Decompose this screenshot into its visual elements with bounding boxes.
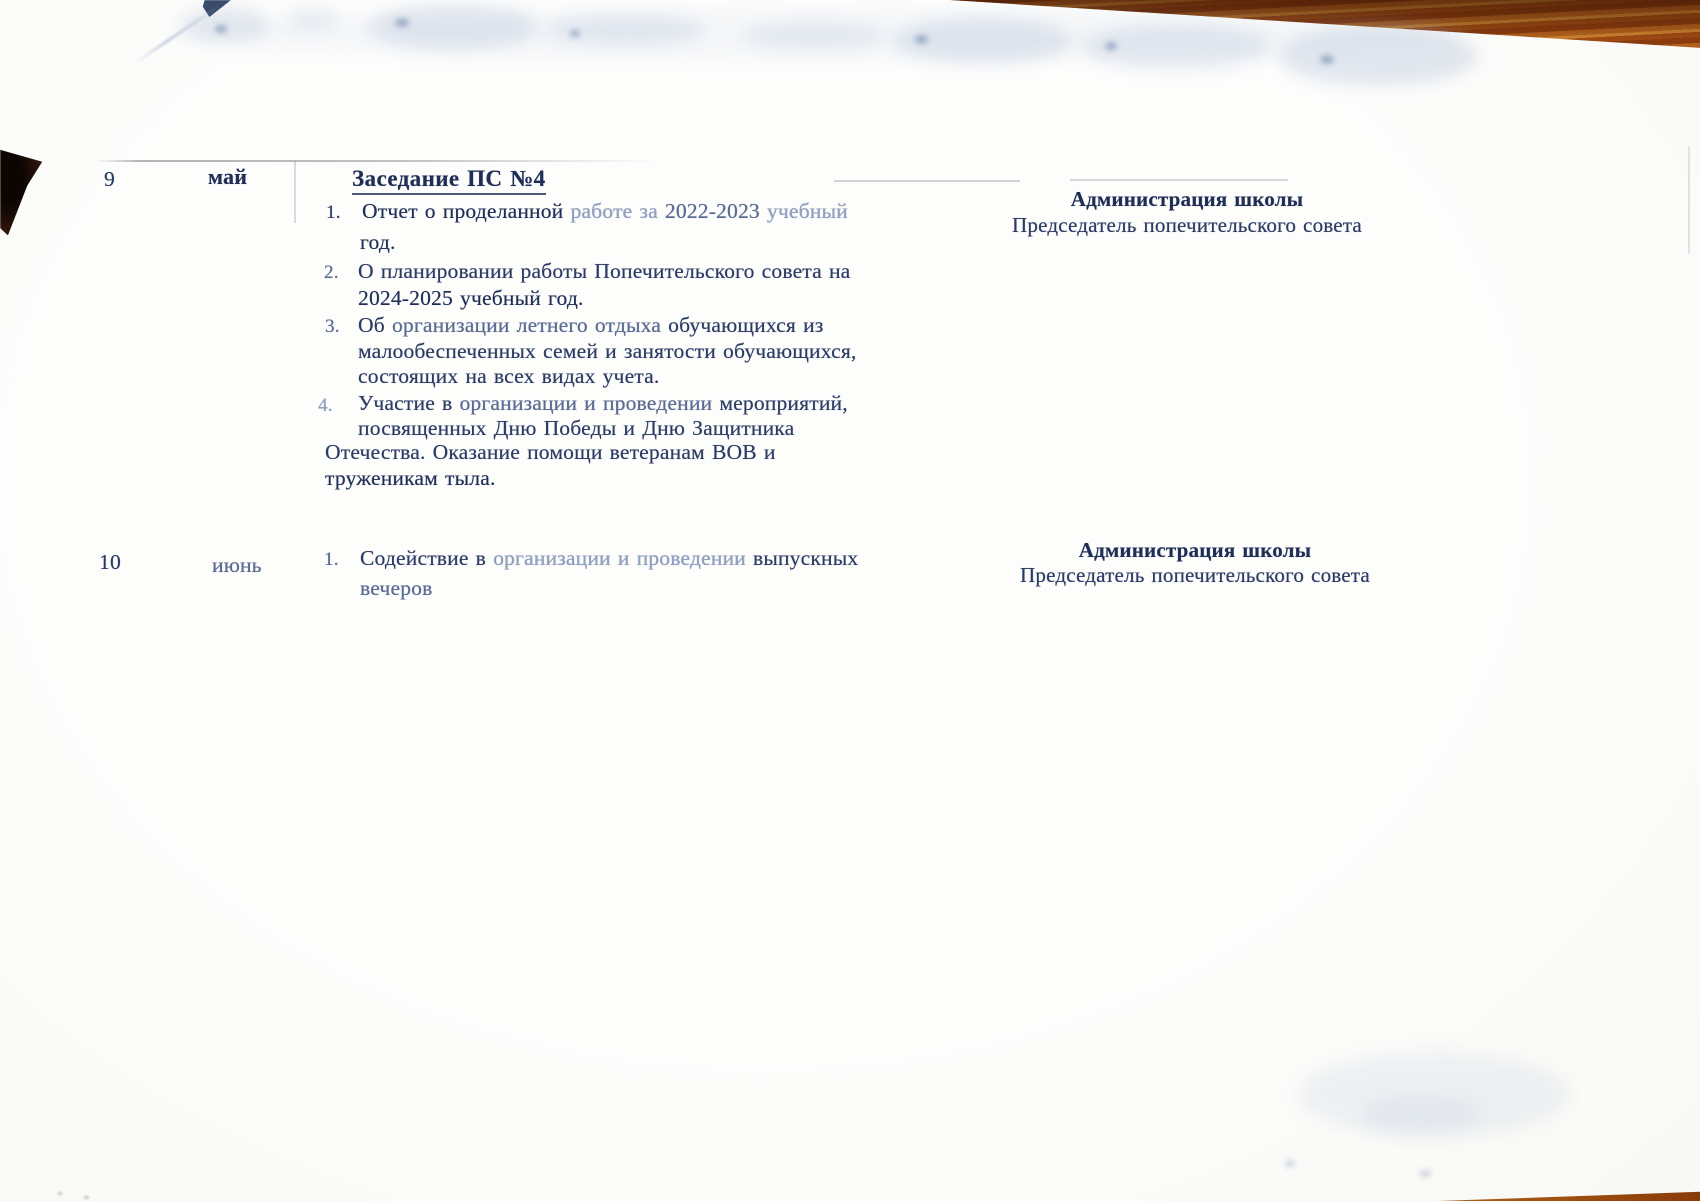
- row10-item1-line1: Содействие в организации и проведении вы…: [360, 545, 858, 571]
- row9-item3-line2: малообеспеченных семей и занятости обуча…: [358, 338, 857, 364]
- row9-item4-line2: посвященных Дню Победы и Дню Защитника: [358, 415, 794, 441]
- ink-bleed-fleck: [570, 30, 580, 37]
- table-gridline-vertical-right: [1688, 146, 1690, 254]
- ink-bleed-fleck: [395, 18, 409, 27]
- ink-bleed-smudge: [285, 8, 340, 30]
- row9-item1-line1: Отчет о проделанной работе за 2022-2023 …: [362, 198, 848, 224]
- row9-heading: Заседание ПС №4: [352, 166, 546, 195]
- row-number: 9: [104, 167, 115, 191]
- table-gridline-vertical: [294, 161, 296, 223]
- scanned-document-page: 9 май Заседание ПС №4 1. Отчет о продела…: [0, 0, 1700, 1201]
- row9-number-cell: 9: [104, 166, 115, 192]
- ink-bleed-fleck: [1105, 42, 1117, 50]
- meeting-heading: Заседание ПС №4: [352, 166, 546, 195]
- row-number: 10: [99, 550, 121, 574]
- row9-item2-number: 2.: [324, 260, 339, 286]
- row9-month-cell: май: [208, 164, 247, 190]
- row9-item4-line1: Участие в организации и проведении мероп…: [358, 390, 848, 416]
- ink-bleed-smudge: [742, 22, 887, 50]
- paper-speck: [84, 1196, 89, 1199]
- row9-item3-line3: состоящих на всех видах учета.: [358, 363, 659, 389]
- row9-responsible-line2: Председатель попечительского совета: [982, 212, 1392, 238]
- ink-bleed-smudge: [368, 4, 538, 50]
- ink-bleed-fleck: [1320, 55, 1334, 64]
- ink-bleed-smudge: [545, 14, 705, 46]
- row9-item1-line2: год.: [360, 229, 396, 255]
- month-label: май: [208, 164, 247, 189]
- row10-item1-number: 1.: [324, 547, 339, 573]
- table-wood-bottom-right: [1438, 1191, 1700, 1201]
- row10-responsible-line1: Администрация школы: [990, 537, 1400, 563]
- ink-bleed-fleck: [215, 25, 227, 33]
- row10-responsible-line2: Председатель попечительского совета: [990, 562, 1400, 588]
- ink-bleed-fleck: [1420, 1170, 1431, 1177]
- row10-item1-line2: вечеров: [360, 575, 432, 601]
- row9-item2-line2: 2024-2025 учебный год.: [358, 285, 584, 311]
- row9-responsible-line1: Администрация школы: [982, 186, 1392, 212]
- row9-item2-line1: О планировании работы Попечительского со…: [358, 258, 850, 284]
- table-gridline-row9-top-left: [95, 160, 660, 162]
- ink-bleed-fleck: [1285, 1160, 1295, 1167]
- row9-item4-line3: Отечества. Оказание помощи ветеранам ВОВ…: [325, 439, 776, 465]
- row9-item4-line4: труженикам тыла.: [325, 465, 496, 491]
- ink-bleed-smudge: [1360, 1095, 1480, 1135]
- row9-item3-number: 3.: [325, 314, 340, 340]
- row9-item3-line1: Об организации летнего отдыха обучающихс…: [358, 312, 823, 338]
- row9-item1-number: 1.: [326, 200, 341, 226]
- row9-item4-number: 4.: [318, 393, 333, 419]
- row10-month-cell: июнь: [212, 552, 262, 578]
- left-edge-shadow-wedge: [0, 147, 44, 239]
- row10-number-cell: 10: [99, 549, 121, 575]
- month-label: июнь: [212, 553, 262, 577]
- table-gridline-row9-top-right: [1070, 179, 1288, 181]
- ink-bleed-smudge: [1278, 26, 1478, 86]
- paper-speck: [58, 1192, 62, 1195]
- ink-bleed-fleck: [915, 35, 928, 44]
- table-gridline-row9-top-right: [834, 180, 1020, 182]
